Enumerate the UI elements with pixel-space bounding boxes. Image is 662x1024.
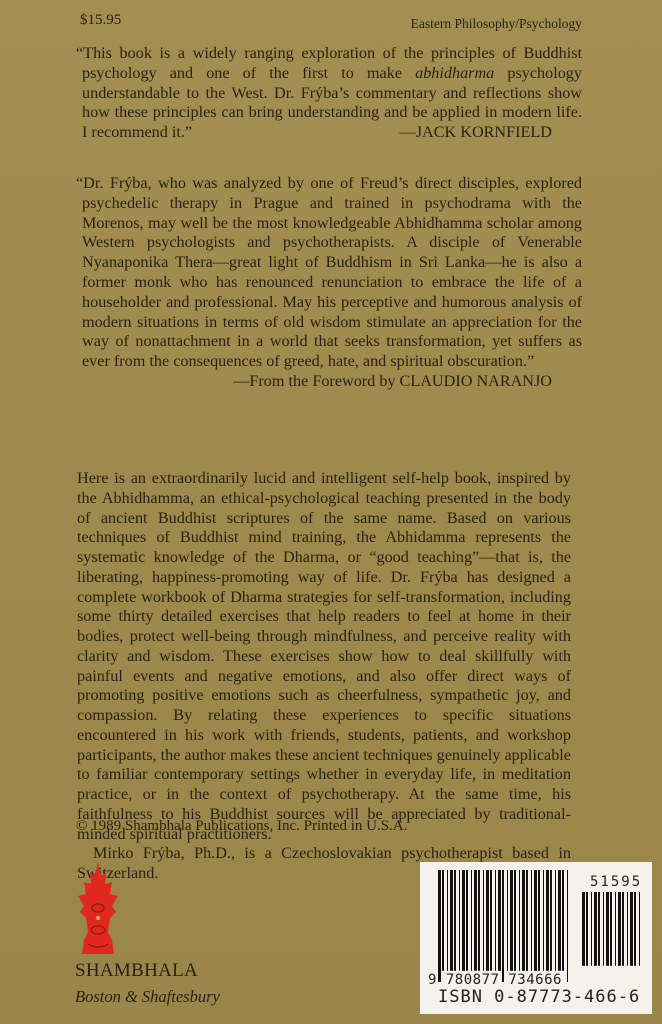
barcode-label: 51595 9 780877 734666 ISBN 0-87773-466-6 xyxy=(420,862,652,1014)
ean-number: 9 780877 734666 xyxy=(428,972,562,988)
quote-attribution: —From the Foreword by CLAUDIO NARANJO xyxy=(76,372,582,392)
isbn-number: ISBN 0-87773-466-6 xyxy=(438,987,640,1007)
endorsement-naranjo: “Dr. Frýba, who was analyzed by one of F… xyxy=(76,174,582,392)
publisher-location: Boston & Shaftesbury xyxy=(75,987,220,1007)
quote-text: “Dr. Frýba, who was analyzed by one of F… xyxy=(76,174,582,372)
description-paragraph: Here is an extraordinarily lucid and int… xyxy=(77,469,571,844)
book-back-cover: $15.95 Eastern Philosophy/Psychology “Th… xyxy=(0,0,662,1024)
price-code: 51595 xyxy=(590,874,642,890)
price-addon-barcode xyxy=(582,892,640,974)
publisher-name: SHAMBHALA xyxy=(75,960,198,982)
category-label: Eastern Philosophy/Psychology xyxy=(411,16,582,32)
quote-italic-term: abhidharma xyxy=(415,64,494,82)
price: $15.95 xyxy=(80,12,121,29)
ean-barcode xyxy=(438,870,568,982)
endorsement-kornfield: “This book is a widely ranging explorati… xyxy=(76,44,582,143)
red-flame-deity-icon xyxy=(76,862,120,958)
copyright-line: © 1989 Shambhala Publications, Inc. Prin… xyxy=(76,818,407,835)
